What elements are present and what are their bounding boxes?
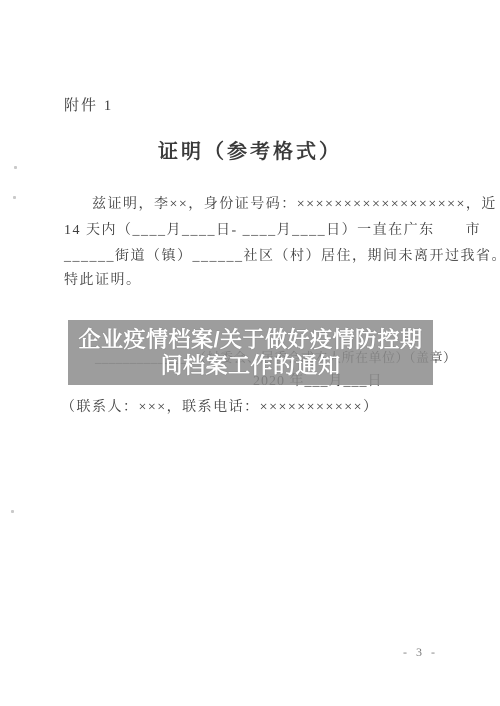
attachment-label: 附件 1 bbox=[64, 94, 113, 115]
scan-artifact-speck bbox=[14, 166, 17, 169]
document-title: 证明（参考格式） bbox=[0, 135, 500, 164]
body-line-3: ______街道（镇）______社区（村）居住，期间未离开过我省。 bbox=[64, 245, 500, 265]
body-line-4: 特此证明。 bbox=[64, 269, 142, 289]
scan-artifact-speck bbox=[11, 510, 14, 513]
body-line-1: 兹证明，李××，身份证号码：××××××××××××××××××，近 bbox=[92, 193, 497, 213]
page-number: - 3 - bbox=[403, 645, 438, 660]
watermark-title-line-2: 间档案工作的通知 bbox=[160, 353, 340, 379]
document-page: 附件 1 证明（参考格式） 兹证明，李××，身份证号码：××××××××××××… bbox=[0, 0, 500, 706]
watermark-title-banner: 企业疫情档案/关于做好疫情防控期 间档案工作的通知 bbox=[68, 320, 433, 385]
watermark-title-line-1: 企业疫情档案/关于做好疫情防控期 bbox=[78, 327, 422, 353]
body-line-2: 14 天内（____月____日- ____月____日）一直在广东 市 bbox=[64, 219, 481, 239]
scan-artifact-speck bbox=[13, 196, 16, 199]
contact-line: （联系人：×××，联系电话：×××××××××××） bbox=[61, 396, 379, 416]
